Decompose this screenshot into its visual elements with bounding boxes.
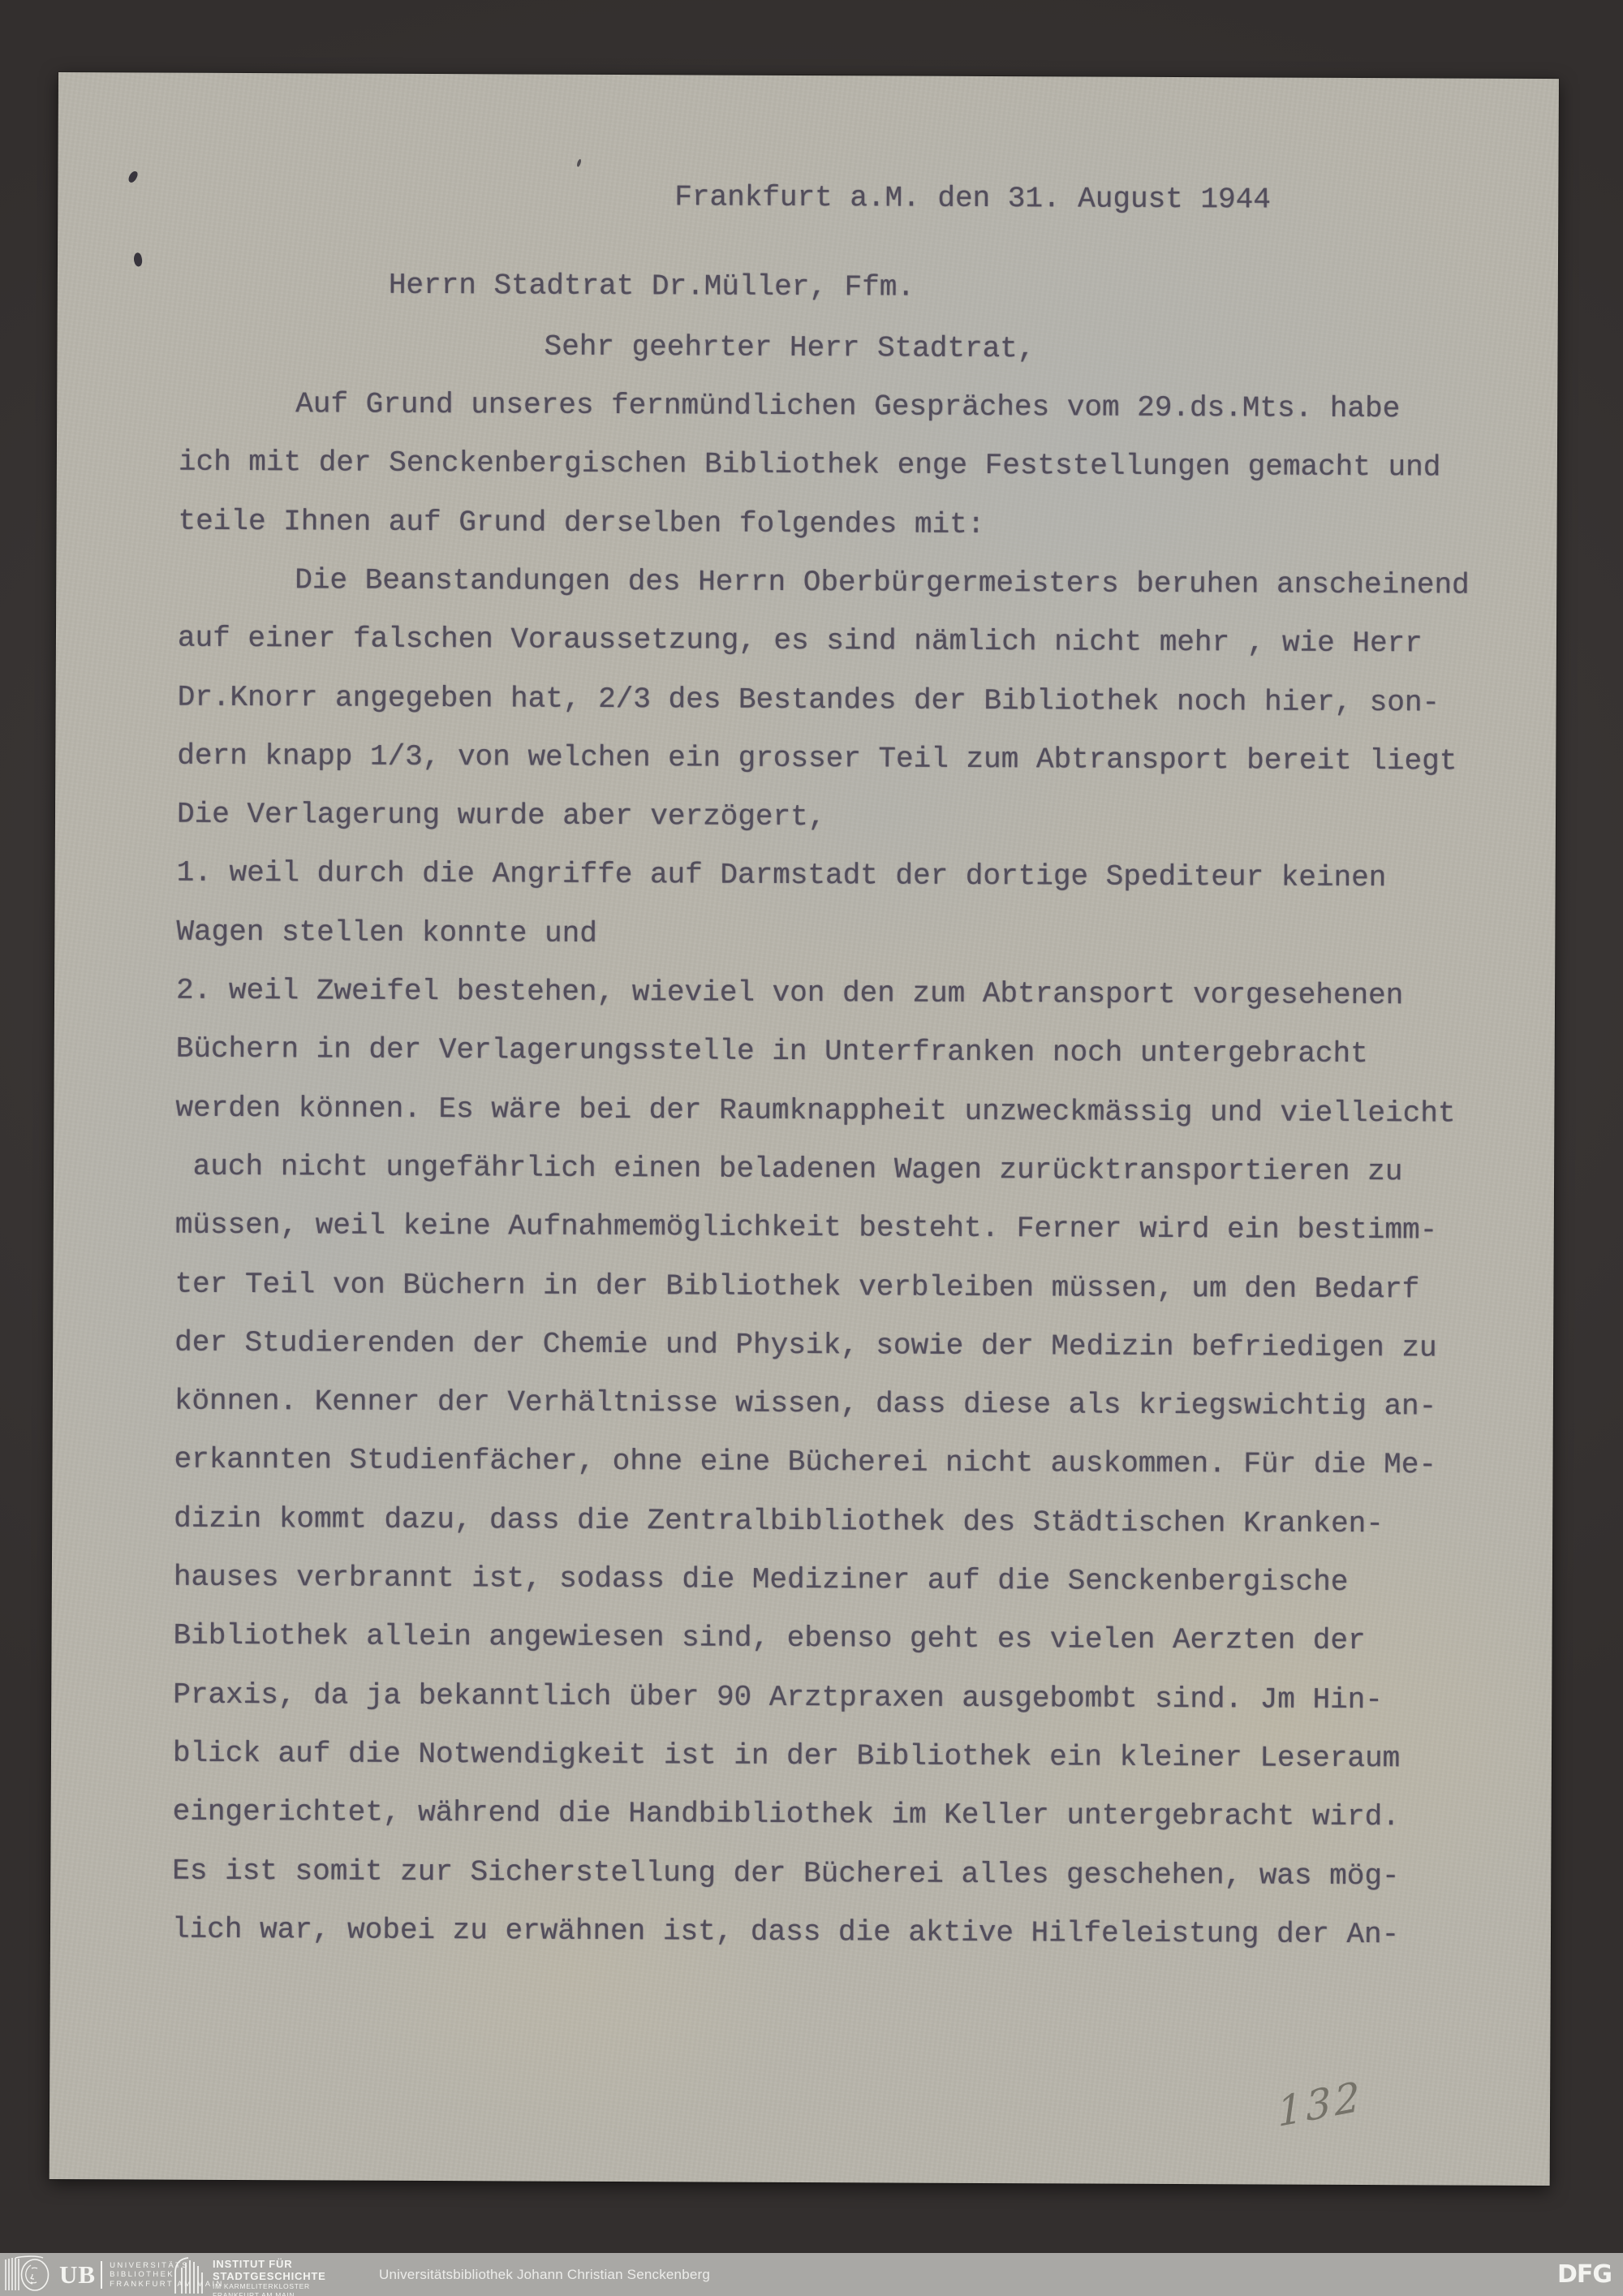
institut-logo-text: INSTITUT FÜR STADTGESCHICHTE IM KARMELIT… [213,2256,326,2296]
typed-line: eingerichtet, während die Handbibliothek… [173,1798,1400,1833]
ub-abbreviation: UB [59,2257,96,2293]
dfg-logo: DFG [1557,2253,1612,2296]
typed-line: Die Verlagerung wurde aber verzögert, [177,800,825,832]
typed-line: auch nicht ungefährlich einen beladenen … [175,1152,1402,1187]
typed-line: lich war, wobei zu erwähnen ist, dass di… [172,1915,1399,1949]
institut-stadtgeschichte-logo: INSTITUT FÜR STADTGESCHICHTE IM KARMELIT… [173,2256,326,2294]
typed-line: dern knapp 1/3, von welchen ein grosser … [177,741,1457,776]
typed-line: blick auf die Notwendigkeit ist in der B… [173,1739,1400,1774]
typed-line: ter Teil von Büchern in der Bibliothek v… [174,1269,1419,1304]
scanned-letter-page: Frankfurt a.M. den 31. August 1944 Herrn… [50,72,1559,2186]
typed-line: der Studierenden der Chemie und Physik, … [174,1328,1437,1363]
date-line: Frankfurt a.M. den 31. August 1944 [674,183,1271,214]
typed-line: Büchern in der Verlagerungsstelle in Unt… [176,1035,1368,1069]
typed-line: 1. weil durch die Angriffe auf Darmstadt… [177,859,1387,894]
gothic-arch-icon [173,2256,205,2296]
ink-speck [576,158,582,167]
typed-line: Es ist somit zur Sicherstellung der Büch… [172,1856,1399,1891]
institut-logo-line: FRANKFURT AM MAIN [213,2291,326,2296]
footer-bar: UB UNIVERSITÄTS BIBLIOTHEK FRANKFURT AM … [0,2253,1623,2296]
typed-line: 2. weil Zweifel bestehen, wieviel von de… [176,976,1403,1011]
typed-line: erkannten Studienfächer, ohne eine Büche… [174,1445,1436,1480]
typed-line: Wagen stellen konnte und [176,917,597,948]
typed-line: werden können. Es wäre bei der Raumknapp… [175,1093,1455,1128]
typed-line: Die Beanstandungen des Herrn Oberbürgerm… [295,566,1470,600]
typed-line: Praxis, da ja bekanntlich über 90 Arztpr… [173,1680,1383,1715]
typed-line: müssen, weil keine Aufnahmemöglichkeit b… [175,1211,1438,1246]
typed-line: teile Ihnen auf Grund derselben folgende… [179,506,985,539]
typed-line: Bibliothek allein angewiesen sind, ebens… [174,1622,1366,1656]
salutation-line: Sehr geehrter Herr Stadtrat, [544,333,1035,364]
typed-line: Auf Grund unseres fernmündlichen Gespräc… [295,390,1400,424]
institut-logo-line: INSTITUT FÜR [213,2258,326,2270]
scan-viewer-background: Frankfurt a.M. den 31. August 1944 Herrn… [0,0,1623,2296]
typed-line: ich mit der Senckenbergischen Bibliothek… [179,448,1441,483]
institut-logo-line: IM KARMELITERKLOSTER [213,2282,326,2291]
typed-line: dizin kommt dazu, dass die Zentralbiblio… [174,1504,1384,1539]
book-spine-goethe-icon [4,2255,56,2295]
typed-line: Dr.Knorr angegeben hat, 2/3 des Bestande… [178,683,1440,717]
institut-logo-line: STADTGESCHICHTE [213,2270,326,2282]
typed-line: auf einer falschen Voraussetzung, es sin… [178,624,1423,659]
library-name-label: Universitätsbibliothek Johann Christian … [379,2253,710,2296]
letter-body: Auf Grund unseres fernmündlichen Gespräc… [58,72,1559,79]
typed-line: können. Kenner der Verhältnisse wissen, … [174,1387,1437,1422]
ink-speck [127,170,139,183]
recipient-line: Herrn Stadtrat Dr.Müller, Ffm. [389,271,915,303]
handwritten-page-number: 132 [1276,2073,1364,2137]
ink-speck [132,252,143,268]
logo-divider [101,2261,102,2289]
typed-line: hauses verbrannt ist, sodass die Medizin… [174,1563,1349,1597]
